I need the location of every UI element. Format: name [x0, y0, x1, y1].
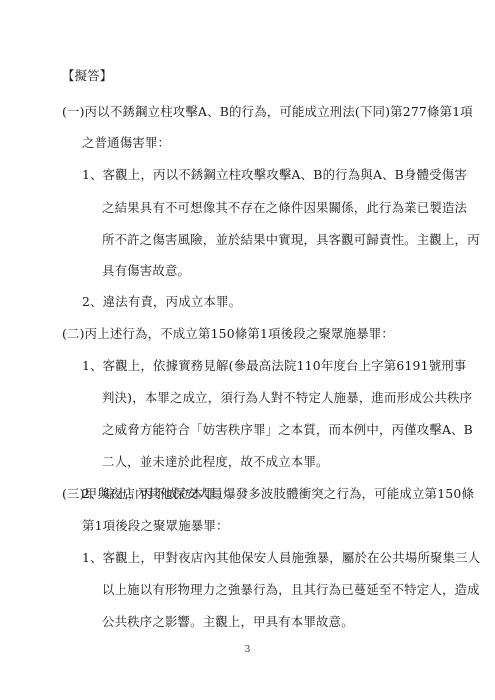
text-line: 判決)，本罪之成立，須行為人對不特定人施暴，進而形成公共秩序	[102, 390, 472, 406]
text-line: 二人，並未達於此程度，故不成立本罪。	[102, 454, 329, 470]
text-line: 第1項後段之聚眾施暴罪：	[82, 518, 229, 534]
text-line: 之威脅方能符合「妨害秩序罪」之本質，而本例中，丙僅攻擊A、B	[102, 422, 473, 438]
text-line: 2、違法有責，丙成立本罪。	[82, 294, 241, 310]
text-line: (一)丙以不銹鋼立柱攻擊A、B的行為，可能成立刑法(下同)第277條第1項	[62, 104, 473, 120]
text-line: 之結果具有不可想像其不存在之條件因果關係，此行為業已製造法	[102, 200, 467, 216]
text-line: (三)甲與夜店內其他保安人員爆發多波肢體衝突之行為，可能成立第150條	[62, 486, 474, 502]
text-line: (二)丙上述行為，不成立第150條第1項後段之聚眾施暴罪：	[62, 326, 394, 342]
text-line: 1、客觀上，甲對夜店內其他保安人員施強暴，屬於在公共場所聚集三人	[82, 550, 480, 566]
text-line: 以上施以有形物理力之強暴行為，且其行為已蔓延至不特定人，造成	[102, 582, 480, 598]
text-line: 1、客觀上，丙以不銹鋼立柱攻擊攻擊A、B的行為與A、B身體受傷害	[82, 167, 467, 183]
answer-heading: 【擬答】	[62, 68, 112, 84]
text-line: 1、客觀上，依據實務見解(參最高法院110年度台上字第6191號刑事	[82, 358, 466, 374]
text-line: 所不許之傷害風險，並於結果中實現，具客觀可歸責性。主觀上，丙	[102, 232, 480, 248]
text-line: 之普通傷害罪：	[82, 135, 170, 151]
text-line: 公共秩序之影響。主觀上，甲具有本罪故意。	[102, 614, 354, 630]
page-number: 3	[0, 645, 495, 655]
text-line: 具有傷害故意。	[102, 263, 190, 279]
